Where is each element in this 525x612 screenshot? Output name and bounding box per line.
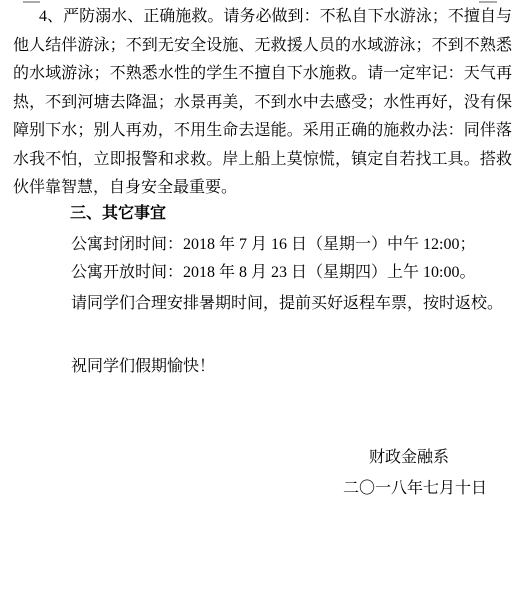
safety-rescue-paragraph: 4、严防溺水、正确施救。请务必做到：不私自下水游泳；不擅自与他人结伴游泳；不到无… bbox=[13, 3, 512, 203]
signature-department: 财政金融系 bbox=[343, 442, 475, 473]
dorm-opening-time-line: 公寓开放时间：2018 年 8 月 23 日（星期四）上午 10:00。 bbox=[71, 262, 475, 284]
holiday-wish-line: 祝同学们假期愉快！ bbox=[71, 356, 215, 378]
section-heading-other-matters: 三、其它事宜 bbox=[70, 203, 166, 225]
dorm-closing-time-line: 公寓封闭时间：2018 年 7 月 16 日（星期一）中午 12:00； bbox=[71, 234, 475, 256]
signature-date: 二〇一八年七月十日 bbox=[343, 473, 475, 504]
signature-block: 财政金融系 二〇一八年七月十日 bbox=[343, 442, 475, 504]
return-ticket-reminder-line: 请同学们合理安排暑期时间，提前买好返程车票，按时返校。 bbox=[71, 293, 503, 315]
document-page: 4、严防溺水、正确施救。请务必做到：不私自下水游泳；不擅自与他人结伴游泳；不到无… bbox=[0, 0, 525, 612]
